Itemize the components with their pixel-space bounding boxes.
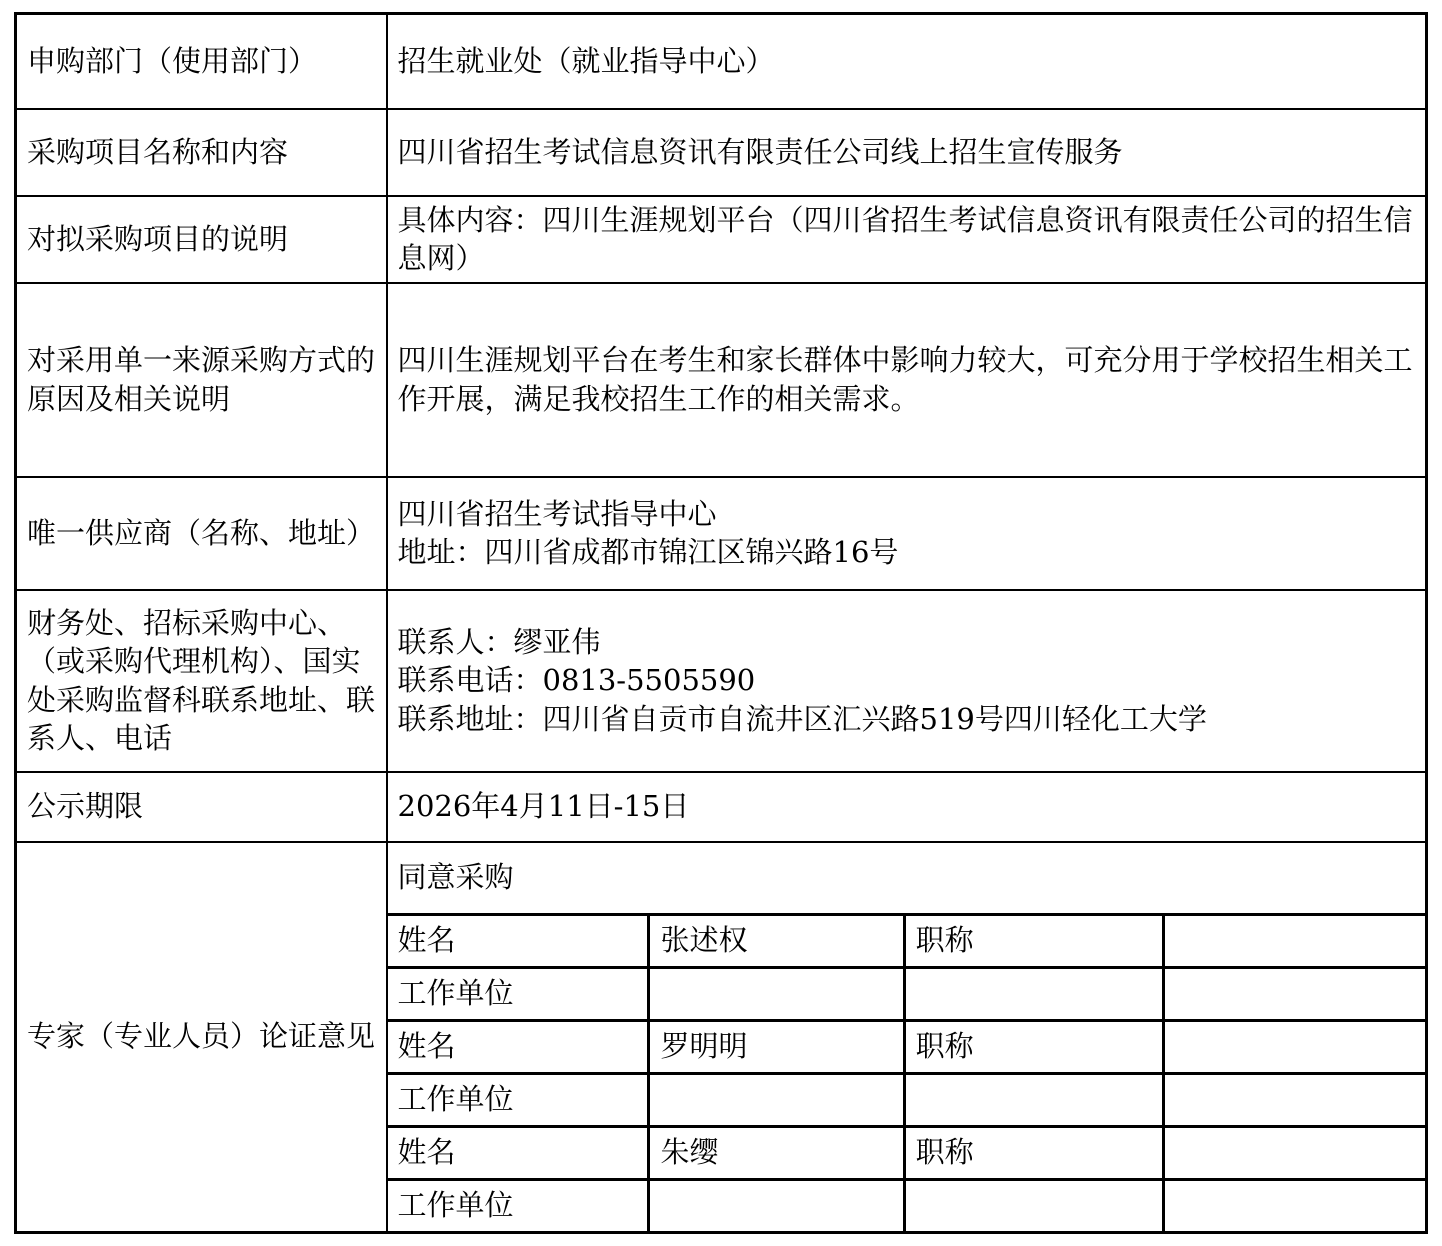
expert-title-header: 职称 xyxy=(904,1126,1163,1179)
expert-opinion-label: 专家（专业人员）论证意见 xyxy=(16,842,387,1233)
expert-grid-empty-cell xyxy=(904,1073,1163,1126)
expert-grid-row: 姓名 张述权 职称 xyxy=(388,914,1426,967)
project-description-label: 对拟采购项目的说明 xyxy=(16,196,387,283)
expert-title-header: 职称 xyxy=(904,1020,1163,1073)
contact-address-line: 联系地址：四川省自贡市自流井区汇兴路519号四川轻化工大学 xyxy=(398,700,1416,738)
project-name-label: 采购项目名称和内容 xyxy=(16,109,387,196)
single-source-reason-label: 对采用单一来源采购方式的原因及相关说明 xyxy=(16,283,387,477)
contact-info-label: 财务处、招标采购中心、（或采购代理机构）、国实处采购监督科联系地址、联系人、电话 xyxy=(16,590,387,772)
contact-phone-line: 联系电话：0813-5505590 xyxy=(398,661,1416,699)
expert-name-header: 姓名 xyxy=(388,1126,649,1179)
project-name-value: 四川省招生考试信息资讯有限责任公司线上招生宣传服务 xyxy=(387,109,1427,196)
expert-grid-row: 姓名 罗明明 职称 xyxy=(388,1020,1426,1073)
row-requesting-department: 申购部门（使用部门） 招生就业处（就业指导中心） xyxy=(16,14,1427,109)
expert-workunit-header: 工作单位 xyxy=(388,1179,649,1231)
document-page: 申购部门（使用部门） 招生就业处（就业指导中心） 采购项目名称和内容 四川省招生… xyxy=(0,0,1442,1246)
sole-supplier-value: 四川省招生考试指导中心 地址：四川省成都市锦江区锦兴路16号 xyxy=(387,477,1427,590)
expert-grid-row: 工作单位 xyxy=(388,967,1426,1020)
row-expert-opinion: 专家（专业人员）论证意见 同意采购 姓名 张述权 职称 xyxy=(16,842,1427,1233)
expert-grid-empty-cell xyxy=(1164,967,1425,1020)
expert-opinion-text: 同意采购 xyxy=(388,843,1426,913)
expert-grid-row: 姓名 朱缨 职称 xyxy=(388,1126,1426,1179)
expert-grid-empty-cell xyxy=(904,967,1163,1020)
row-sole-supplier: 唯一供应商（名称、地址） 四川省招生考试指导中心 地址：四川省成都市锦江区锦兴路… xyxy=(16,477,1427,590)
row-single-source-reason: 对采用单一来源采购方式的原因及相关说明 四川生涯规划平台在考生和家长群体中影响力… xyxy=(16,283,1427,477)
expert-name-header: 姓名 xyxy=(388,1020,649,1073)
supplier-address-line: 地址：四川省成都市锦江区锦兴路16号 xyxy=(398,533,1416,571)
expert-name-value: 张述权 xyxy=(649,914,904,967)
single-source-reason-value: 四川生涯规划平台在考生和家长群体中影响力较大，可充分用于学校招生相关工作开展，满… xyxy=(387,283,1427,477)
row-contact-info: 财务处、招标采购中心、（或采购代理机构）、国实处采购监督科联系地址、联系人、电话… xyxy=(16,590,1427,772)
expert-title-value xyxy=(1164,914,1425,967)
expert-name-value: 罗明明 xyxy=(649,1020,904,1073)
procurement-publicity-table: 申购部门（使用部门） 招生就业处（就业指导中心） 采购项目名称和内容 四川省招生… xyxy=(14,12,1428,1234)
requesting-department-label: 申购部门（使用部门） xyxy=(16,14,387,109)
expert-name-value: 朱缨 xyxy=(649,1126,904,1179)
contact-person-line: 联系人：缪亚伟 xyxy=(398,623,1416,661)
row-publicity-period: 公示期限 2026年4月11日-15日 xyxy=(16,772,1427,842)
project-description-value: 具体内容：四川生涯规划平台（四川省招生考试信息资讯有限责任公司的招生信息网） xyxy=(387,196,1427,283)
expert-title-value xyxy=(1164,1020,1425,1073)
sole-supplier-label: 唯一供应商（名称、地址） xyxy=(16,477,387,590)
expert-workunit-value xyxy=(649,1179,904,1231)
expert-grid-empty-cell xyxy=(1164,1179,1425,1231)
row-project-description: 对拟采购项目的说明 具体内容：四川生涯规划平台（四川省招生考试信息资讯有限责任公… xyxy=(16,196,1427,283)
expert-opinion-value: 同意采购 姓名 张述权 职称 xyxy=(387,842,1427,1233)
expert-workunit-header: 工作单位 xyxy=(388,1073,649,1126)
expert-name-header: 姓名 xyxy=(388,914,649,967)
expert-workunit-header: 工作单位 xyxy=(388,967,649,1020)
supplier-name-line: 四川省招生考试指导中心 xyxy=(398,495,1416,533)
expert-grid-row: 工作单位 xyxy=(388,1179,1426,1231)
row-project-name: 采购项目名称和内容 四川省招生考试信息资讯有限责任公司线上招生宣传服务 xyxy=(16,109,1427,196)
expert-title-header: 职称 xyxy=(904,914,1163,967)
expert-grid-table: 姓名 张述权 职称 工作单位 xyxy=(388,913,1426,1231)
expert-workunit-value xyxy=(649,1073,904,1126)
contact-info-value: 联系人：缪亚伟 联系电话：0813-5505590 联系地址：四川省自贡市自流井… xyxy=(387,590,1427,772)
requesting-department-value: 招生就业处（就业指导中心） xyxy=(387,14,1427,109)
expert-grid-empty-cell xyxy=(904,1179,1163,1231)
expert-workunit-value xyxy=(649,967,904,1020)
expert-grid-empty-cell xyxy=(1164,1073,1425,1126)
publicity-period-value: 2026年4月11日-15日 xyxy=(387,772,1427,842)
publicity-period-label: 公示期限 xyxy=(16,772,387,842)
expert-grid-row: 工作单位 xyxy=(388,1073,1426,1126)
expert-title-value xyxy=(1164,1126,1425,1179)
